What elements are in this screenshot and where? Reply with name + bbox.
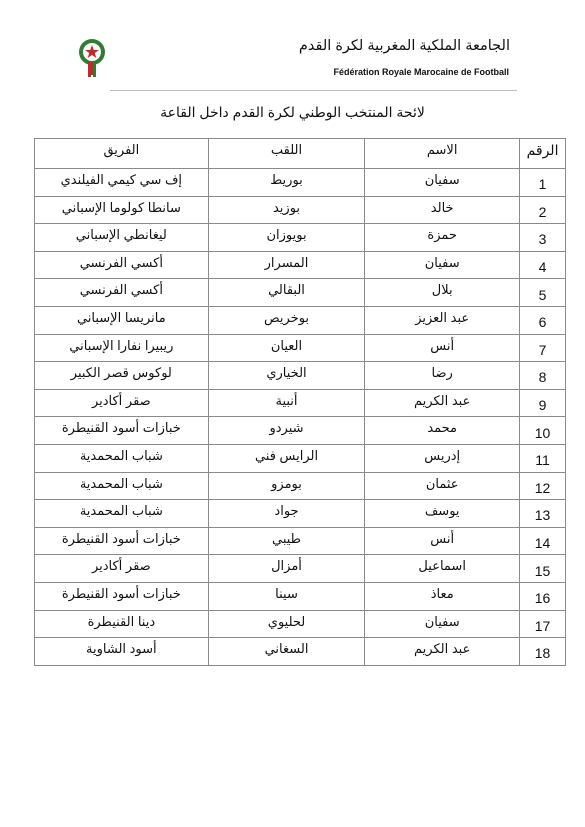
- table-row: 9عبد الكريمأنبيةصقر أكادير: [35, 389, 566, 417]
- cell-first-name: عبد الكريم: [365, 638, 520, 666]
- cell-team: مانريسا الإسباني: [35, 306, 209, 334]
- document-title: لائحة المنتخب الوطني لكرة القدم داخل الق…: [0, 104, 585, 121]
- cell-last-name: البقالي: [208, 279, 365, 307]
- cell-number: 3: [520, 224, 566, 252]
- cell-team: لوكوس قصر الكبير: [35, 362, 209, 390]
- cell-number: 9: [520, 389, 566, 417]
- org-name-arabic: الجامعة الملكية المغربية لكرة القدم: [299, 38, 510, 54]
- cell-number: 8: [520, 362, 566, 390]
- cell-first-name: حمزة: [365, 224, 520, 252]
- cell-team: خبازات أسود القنيطرة: [35, 582, 209, 610]
- cell-first-name: عبد الكريم: [365, 389, 520, 417]
- cell-first-name: سفيان: [365, 610, 520, 638]
- cell-first-name: سفيان: [365, 251, 520, 279]
- cell-first-name: محمد: [365, 417, 520, 445]
- table-row: 12عثمانبومزوشباب المحمدية: [35, 472, 566, 500]
- cell-team: سانطا كولوما الإسباني: [35, 196, 209, 224]
- cell-last-name: بوزيد: [208, 196, 365, 224]
- cell-last-name: الرايس فني: [208, 444, 365, 472]
- cell-first-name: عثمان: [365, 472, 520, 500]
- column-header-last-name: اللقب: [208, 139, 365, 169]
- frmf-crest-icon: [76, 38, 108, 78]
- table-row: 14أنسطيبيخبازات أسود القنيطرة: [35, 527, 566, 555]
- cell-last-name: بوريط: [208, 169, 365, 197]
- cell-team: صقر أكادير: [35, 389, 209, 417]
- cell-last-name: جواد: [208, 500, 365, 528]
- table-row: 4سفيانالمسرارأكسي الفرنسي: [35, 251, 566, 279]
- cell-first-name: اسماعيل: [365, 555, 520, 583]
- roster-body: 1سفيانبوريطإف سي كيمي الفيلندي2خالدبوزيد…: [35, 169, 566, 666]
- cell-last-name: بومزو: [208, 472, 365, 500]
- cell-number: 11: [520, 444, 566, 472]
- cell-number: 6: [520, 306, 566, 334]
- table-row: 5بلالالبقاليأكسي الفرنسي: [35, 279, 566, 307]
- cell-first-name: خالد: [365, 196, 520, 224]
- cell-last-name: لحليوي: [208, 610, 365, 638]
- column-header-team: الفريق: [35, 139, 209, 169]
- header-divider: [110, 90, 517, 91]
- table-row: 18عبد الكريمالسغانيأسود الشاوية: [35, 638, 566, 666]
- cell-last-name: طيبي: [208, 527, 365, 555]
- cell-last-name: أمزال: [208, 555, 365, 583]
- cell-first-name: أنس: [365, 334, 520, 362]
- table-row: 16معاذسيناخبازات أسود القنيطرة: [35, 582, 566, 610]
- cell-team: ليغانطي الإسباني: [35, 224, 209, 252]
- cell-team: إف سي كيمي الفيلندي: [35, 169, 209, 197]
- cell-number: 14: [520, 527, 566, 555]
- cell-first-name: معاذ: [365, 582, 520, 610]
- cell-last-name: شيردو: [208, 417, 365, 445]
- cell-team: ريبيرا نفارا الإسباني: [35, 334, 209, 362]
- table-row: 7أنسالعيانريبيرا نفارا الإسباني: [35, 334, 566, 362]
- cell-last-name: سينا: [208, 582, 365, 610]
- table-row: 17سفيانلحليويدينا القنيطرة: [35, 610, 566, 638]
- cell-last-name: بويوزان: [208, 224, 365, 252]
- table-row: 8رضاالخياريلوكوس قصر الكبير: [35, 362, 566, 390]
- table-header-row: الرقم الاسم اللقب الفريق: [35, 139, 566, 169]
- table-row: 6عبد العزيزبوخريصمانريسا الإسباني: [35, 306, 566, 334]
- table-row: 13يوسفجوادشباب المحمدية: [35, 500, 566, 528]
- table-row: 15اسماعيلأمزالصقر أكادير: [35, 555, 566, 583]
- cell-team: شباب المحمدية: [35, 472, 209, 500]
- cell-team: أسود الشاوية: [35, 638, 209, 666]
- cell-number: 7: [520, 334, 566, 362]
- cell-last-name: أنبية: [208, 389, 365, 417]
- cell-number: 16: [520, 582, 566, 610]
- cell-first-name: رضا: [365, 362, 520, 390]
- cell-last-name: العيان: [208, 334, 365, 362]
- cell-team: صقر أكادير: [35, 555, 209, 583]
- table-row: 2خالدبوزيدسانطا كولوما الإسباني: [35, 196, 566, 224]
- cell-number: 18: [520, 638, 566, 666]
- cell-first-name: عبد العزيز: [365, 306, 520, 334]
- cell-number: 12: [520, 472, 566, 500]
- cell-first-name: بلال: [365, 279, 520, 307]
- cell-number: 10: [520, 417, 566, 445]
- column-header-first-name: الاسم: [365, 139, 520, 169]
- cell-number: 5: [520, 279, 566, 307]
- org-name-french: Fédération Royale Marocaine de Football: [333, 67, 509, 77]
- cell-team: دينا القنيطرة: [35, 610, 209, 638]
- cell-last-name: المسرار: [208, 251, 365, 279]
- table-row: 11إدريسالرايس فنيشباب المحمدية: [35, 444, 566, 472]
- cell-team: خبازات أسود القنيطرة: [35, 417, 209, 445]
- cell-first-name: يوسف: [365, 500, 520, 528]
- table-row: 1سفيانبوريطإف سي كيمي الفيلندي: [35, 169, 566, 197]
- cell-number: 15: [520, 555, 566, 583]
- cell-number: 4: [520, 251, 566, 279]
- table-row: 3حمزةبويوزانليغانطي الإسباني: [35, 224, 566, 252]
- cell-team: شباب المحمدية: [35, 500, 209, 528]
- table-row: 10محمدشيردوخبازات أسود القنيطرة: [35, 417, 566, 445]
- cell-first-name: إدريس: [365, 444, 520, 472]
- cell-number: 1: [520, 169, 566, 197]
- roster-table: الرقم الاسم اللقب الفريق 1سفيانبوريطإف س…: [34, 138, 566, 666]
- column-header-number: الرقم: [520, 139, 566, 169]
- cell-first-name: سفيان: [365, 169, 520, 197]
- cell-number: 17: [520, 610, 566, 638]
- cell-number: 2: [520, 196, 566, 224]
- cell-number: 13: [520, 500, 566, 528]
- cell-team: شباب المحمدية: [35, 444, 209, 472]
- cell-team: أكسي الفرنسي: [35, 251, 209, 279]
- cell-first-name: أنس: [365, 527, 520, 555]
- cell-last-name: السغاني: [208, 638, 365, 666]
- cell-team: أكسي الفرنسي: [35, 279, 209, 307]
- cell-team: خبازات أسود القنيطرة: [35, 527, 209, 555]
- cell-last-name: الخياري: [208, 362, 365, 390]
- cell-last-name: بوخريص: [208, 306, 365, 334]
